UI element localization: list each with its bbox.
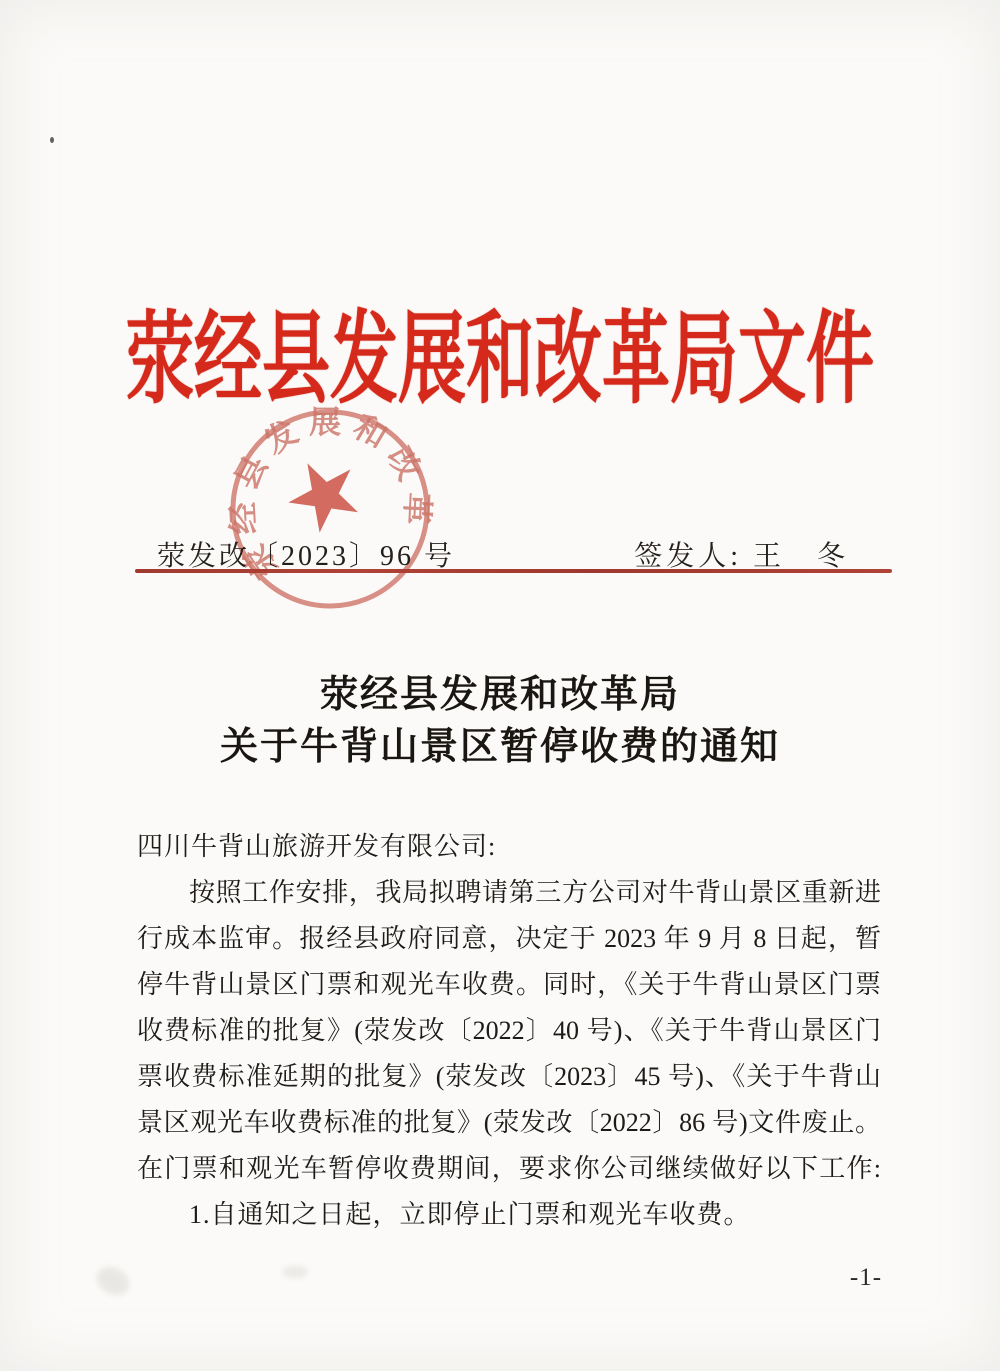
document-title: 荥经县发展和改革局 关于牛背山景区暂停收费的通知	[0, 669, 1000, 773]
masthead-banner: 荥经县发展和改革局文件	[0, 287, 1000, 415]
document-title-line1: 荥经县发展和改革局	[0, 669, 1000, 721]
issuer-label: 签发人:	[634, 541, 742, 572]
page-number: -1-	[836, 1264, 896, 1292]
seal-graphic: 荥经县发展和改革局	[224, 403, 436, 615]
body-line: 按照工作安排，我局拟聘请第三方公司对牛背山景区重新进	[137, 870, 881, 916]
seal-star-icon	[276, 447, 370, 539]
body-line: 景区观光车收费标准的批复》(荥发改〔2022〕86 号)文件废止。	[137, 1100, 881, 1146]
body-line: 四川牛背山旅游开发有限公司:	[137, 824, 881, 870]
scan-speck	[50, 137, 54, 143]
body-line: 收费标准的批复》(荥发改〔2022〕40 号)、《关于牛背山景区门	[137, 1008, 881, 1054]
issuer: 签发人: 王 冬	[634, 534, 881, 574]
scan-smudge	[282, 1266, 308, 1278]
official-seal: 荥经县发展和改革局	[224, 403, 436, 615]
scan-smudge	[92, 1262, 134, 1301]
document-title-line2: 关于牛背山景区暂停收费的通知	[0, 721, 1000, 773]
red-divider-line	[135, 569, 892, 573]
document-page: 荥经县发展和改革局文件 荥经县发展和改革局 荥发改〔2023〕96 号 签发人:	[0, 0, 1000, 1371]
issuer-name: 王 冬	[753, 541, 849, 572]
body-line: 行成本监审。报经县政府同意，决定于 2023 年 9 月 8 日起，暂	[137, 916, 881, 962]
meta-row: 荥发改〔2023〕96 号 签发人: 王 冬	[137, 534, 881, 574]
seal-ring	[224, 403, 436, 615]
masthead-text: 荥经县发展和改革局文件	[126, 279, 874, 423]
body-line: 停牛背山景区门票和观光车收费。同时，《关于牛背山景区门票	[137, 962, 881, 1008]
body-text: 四川牛背山旅游开发有限公司:按照工作安排，我局拟聘请第三方公司对牛背山景区重新进…	[137, 824, 881, 1238]
document-number: 荥发改〔2023〕96 号	[137, 534, 455, 574]
body-line: 在门票和观光车暂停收费期间，要求你公司继续做好以下工作:	[137, 1146, 881, 1192]
body-line: 票收费标准延期的批复》(荥发改〔2023〕45 号)、《关于牛背山	[137, 1054, 881, 1100]
seal-ring-text: 荥经县发展和改革局	[224, 403, 436, 607]
body-line: 1.自通知之日起，立即停止门票和观光车收费。	[137, 1192, 881, 1238]
